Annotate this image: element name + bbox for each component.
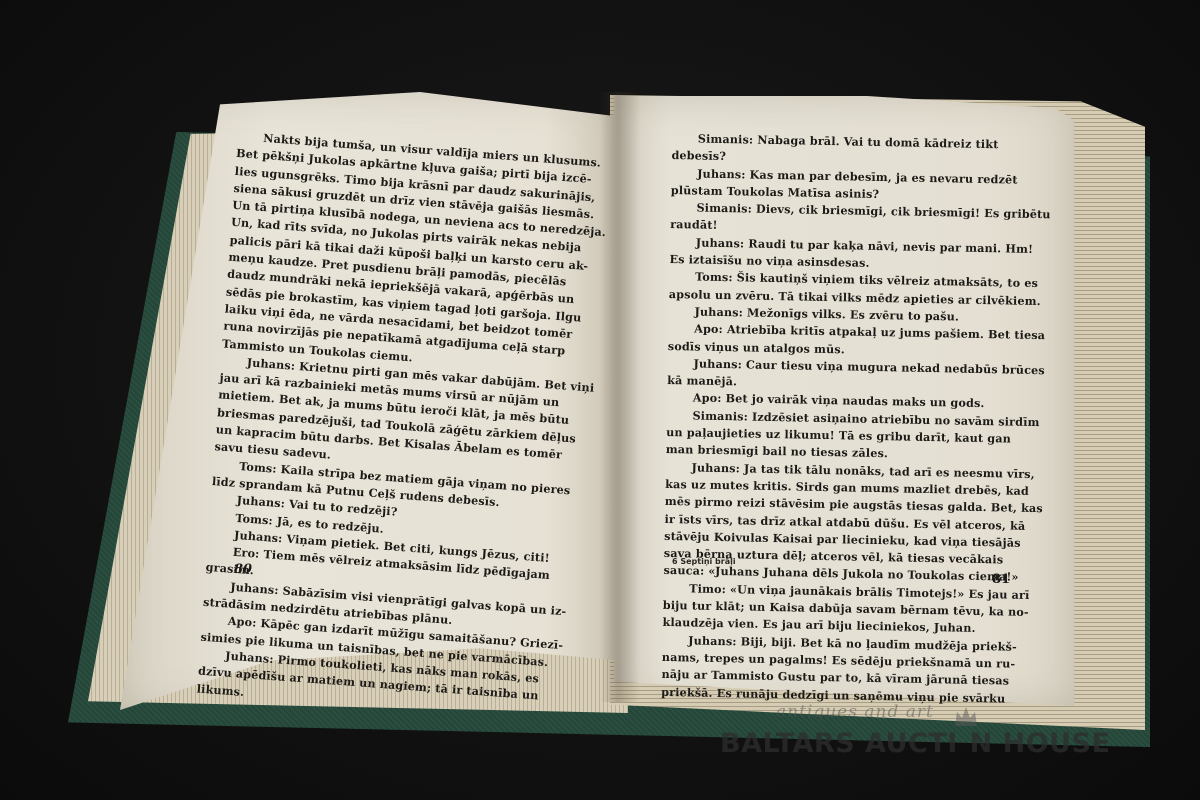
watermark-brand: BALTARS AUCTI N HOUSE [720, 728, 1110, 759]
watermark: antiques and art BALTARS AUCTI N HOUSE [720, 698, 1140, 778]
watermark-tagline: antiques and art [776, 702, 934, 722]
right-page-number: 81 [992, 572, 1010, 587]
right-page-text: Simanis: Nabaga brāl. Vai tu domā kādrei… [661, 130, 1032, 708]
book-gutter [600, 92, 640, 702]
left-page-text: Nakts bija tumša, un visur valdīja miers… [196, 128, 597, 724]
photo-scene: Nakts bija tumša, un visur valdīja miers… [0, 0, 1200, 800]
left-page-number: 80 [234, 562, 252, 577]
crown-icon [953, 704, 979, 730]
signature-mark: 6 Septiņi brāļi [672, 557, 736, 566]
